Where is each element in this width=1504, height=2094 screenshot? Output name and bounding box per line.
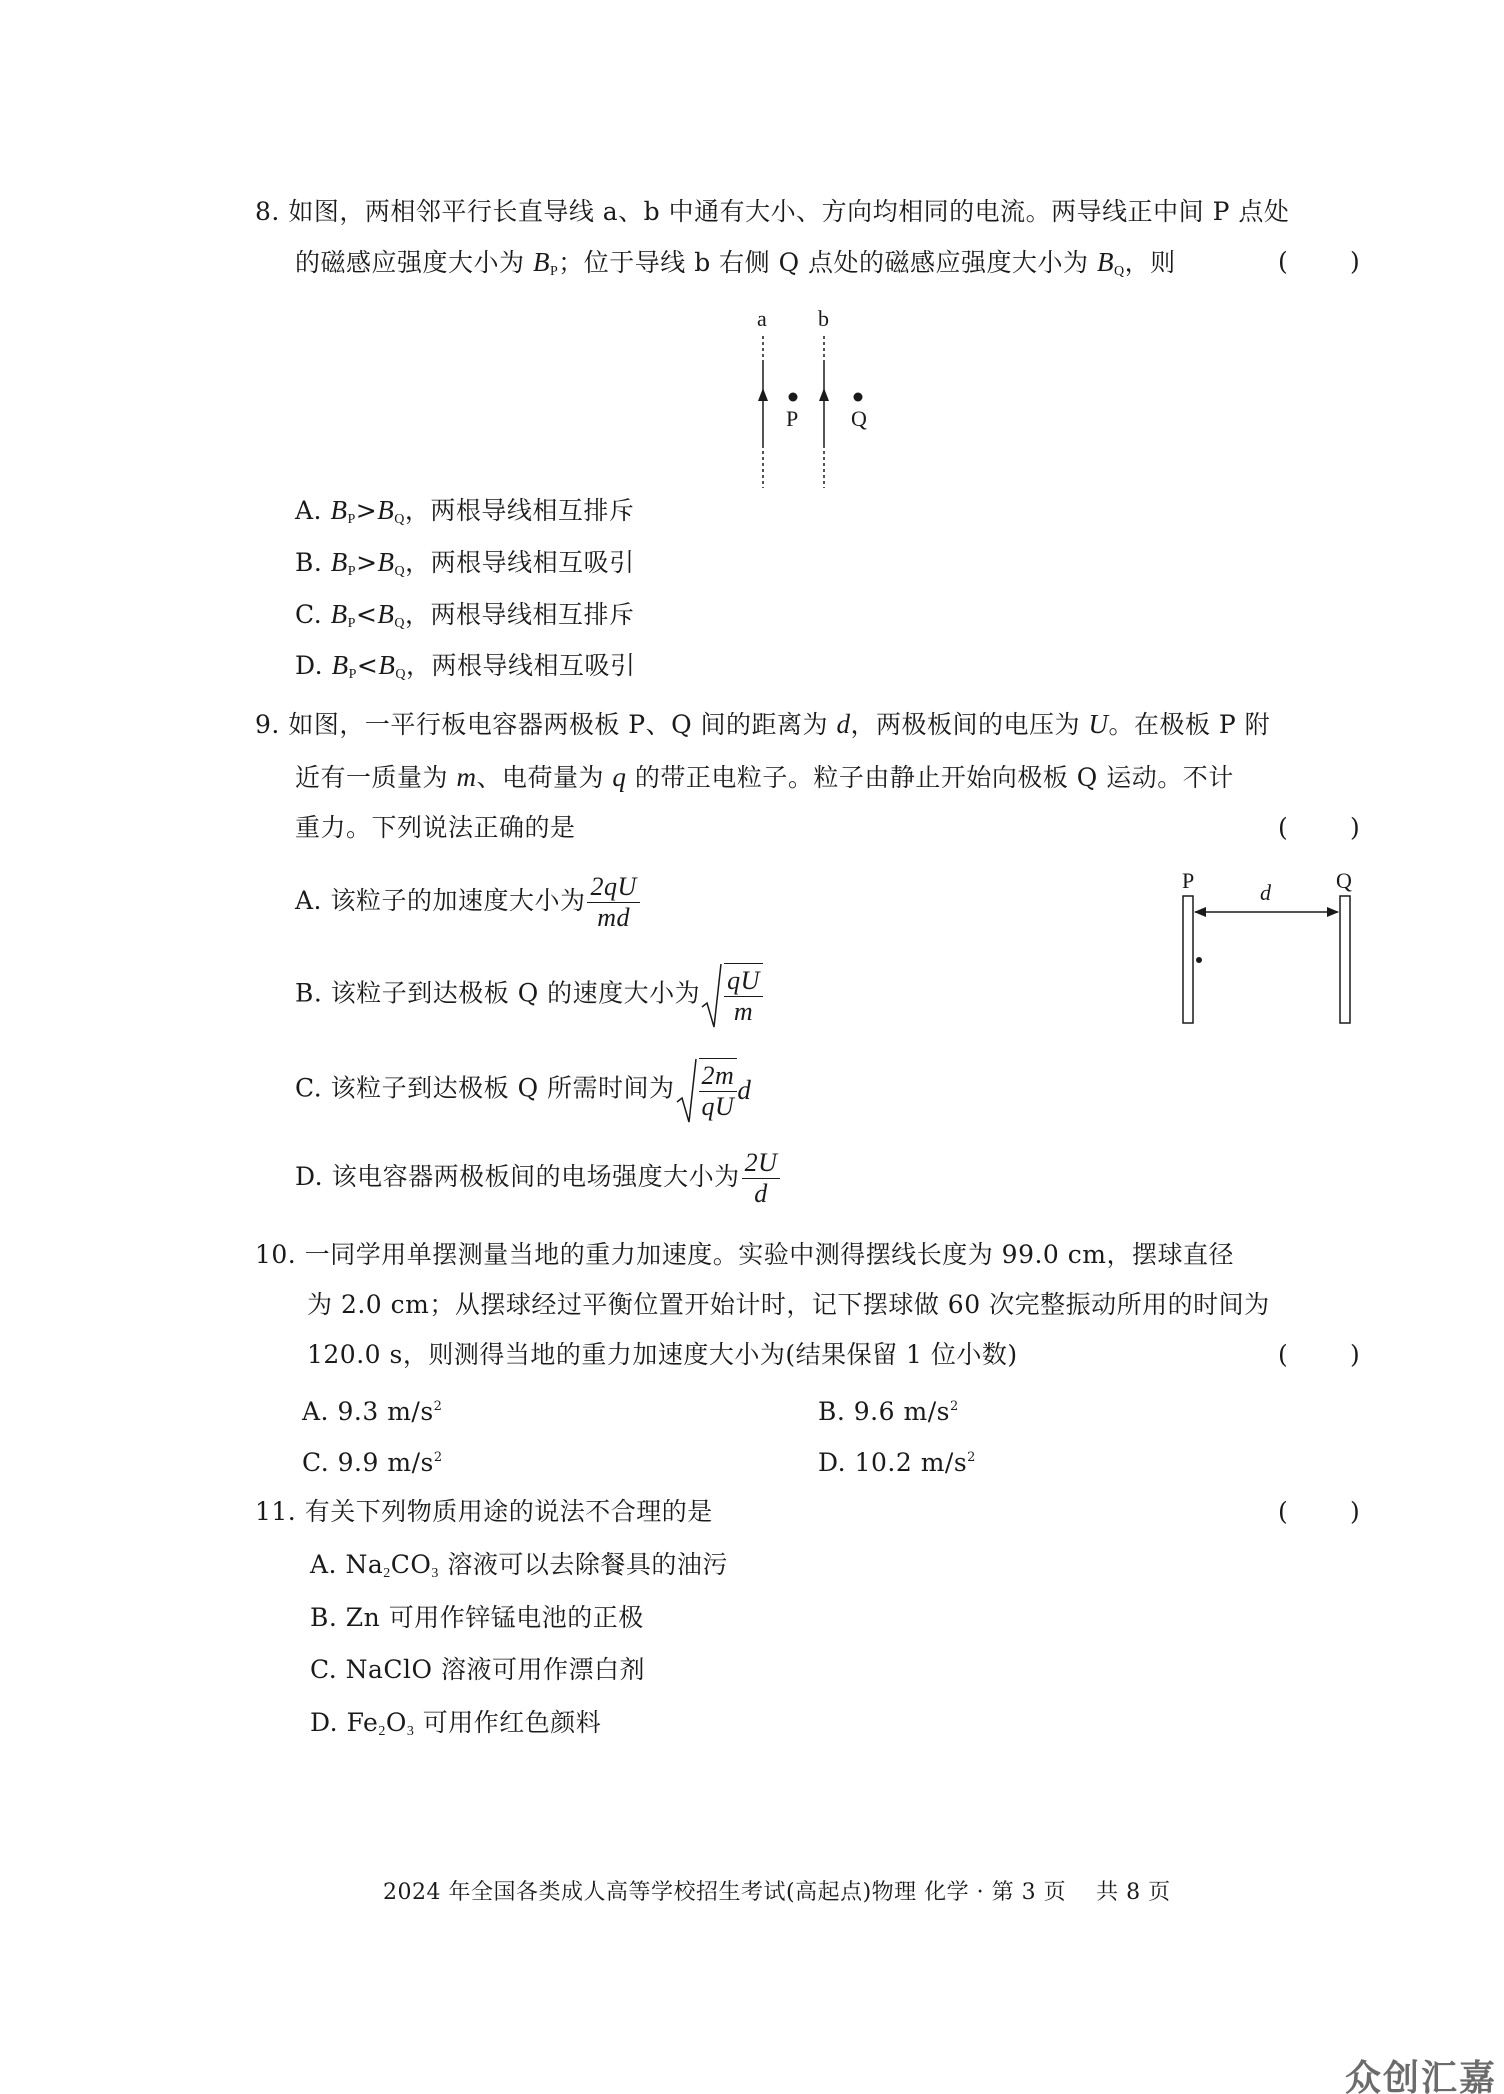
sub-P: P	[349, 667, 357, 682]
q9-text: 。在极板 P 附	[1108, 710, 1270, 739]
option-label: D.	[818, 1448, 846, 1477]
q10-option-c[interactable]: C. 9.9 m/s2	[302, 1442, 443, 1479]
paren-close: )	[1350, 1496, 1360, 1528]
q9-text: ，两极板间的电压为	[850, 710, 1088, 739]
unit: m/s	[921, 1448, 967, 1477]
option-label: D.	[310, 1708, 338, 1737]
plate-Q-label: Q	[1336, 868, 1352, 894]
exponent: 2	[950, 1399, 959, 1414]
paren-open: (	[1278, 812, 1288, 844]
formula-part: Fe	[347, 1708, 379, 1737]
option-label: B.	[310, 1603, 337, 1632]
radical-sign-icon	[675, 1058, 697, 1124]
relation: <	[356, 600, 377, 629]
option-value: 9.3	[337, 1397, 378, 1426]
var-B: B	[331, 547, 348, 577]
sub-Q: Q	[394, 616, 405, 631]
q8-option-d[interactable]: D. BP<BQ，两根导线相互吸引	[295, 649, 635, 691]
option-text: 可用作锌锰电池的正极	[380, 1603, 643, 1632]
q9-stem-line3: 重力。下列说法正确的是	[295, 812, 576, 844]
q8-stem-line1: 8. 如图，两相邻平行长直导线 a、b 中通有大小、方向均相同的电流。两导线正中…	[255, 196, 1289, 228]
formula-part: Na	[345, 1550, 383, 1579]
var-d: d	[836, 709, 850, 739]
watermark-logo: 众创汇嘉	[1345, 2050, 1497, 2094]
paren-open: (	[1278, 246, 1288, 278]
paren-close: )	[1350, 812, 1360, 844]
relation: <	[357, 651, 378, 680]
radical-sign-icon	[700, 963, 722, 1029]
paren-open: (	[1278, 1496, 1288, 1528]
q9-stem-line1: 9. 如图，一平行板电容器两极板 P、Q 间的距离为 d，两极板间的电压为 U。…	[255, 708, 1270, 741]
option-label: B.	[295, 979, 322, 1008]
paren-close: )	[1350, 1339, 1360, 1371]
numerator: 2qU	[587, 872, 639, 903]
sub-Q: Q	[394, 512, 405, 527]
denominator: m	[724, 997, 763, 1027]
option-label: A.	[295, 496, 322, 525]
var-B: B	[378, 547, 395, 577]
option-text: 溶液可用作漂白剂	[433, 1655, 645, 1684]
sub-Q: Q	[395, 564, 406, 579]
exponent: 2	[967, 1450, 976, 1465]
fraction: 2Ud	[742, 1148, 781, 1209]
q9-stem-line2: 近有一质量为 m、电荷量为 q 的带正电粒子。粒子由静止开始向极板 Q 运动。不…	[295, 761, 1234, 794]
q11-option-d[interactable]: D. Fe2O3 可用作红色颜料	[310, 1707, 601, 1748]
option-label: C.	[295, 1074, 322, 1103]
wire-b-label: b	[818, 306, 829, 332]
q10-text: 120.0 s，则测得当地的重力加速度大小为(结果保留 1 位小数)	[307, 1340, 1018, 1369]
formula-part: CO	[391, 1550, 432, 1579]
q9-text: 重力。下列说法正确的是	[295, 813, 576, 842]
q8-text-2b: ；位于导线 b 右侧 Q 点处的磁感应强度大小为	[558, 248, 1097, 277]
option-text: ，两根导线相互排斥	[405, 600, 635, 629]
sub-Q: Q	[395, 667, 406, 682]
option-label: B.	[295, 548, 322, 577]
q9-option-c[interactable]: C. 该粒子到达极板 Q 所需时间为2mqUd	[295, 1058, 751, 1122]
option-text: 该粒子到达极板 Q 所需时间为	[331, 1074, 675, 1103]
plate-P-label: P	[1182, 868, 1194, 894]
sub-P: P	[348, 564, 356, 579]
square-root: qUm	[700, 963, 763, 1027]
q11-option-c[interactable]: C. NaClO 溶液可用作漂白剂	[310, 1654, 645, 1686]
option-text: 可用作红色颜料	[414, 1708, 601, 1737]
q11-stem: 11. 有关下列物质用途的说法不合理的是	[255, 1496, 713, 1528]
q10-stem-line2: 为 2.0 cm；从摆球经过平衡位置开始计时，记下摆球做 60 次完整振动所用的…	[307, 1289, 1270, 1321]
q9-text: 如图，一平行板电容器两极板 P、Q 间的距离为	[288, 710, 836, 739]
var-U: U	[1088, 709, 1108, 739]
q9-option-d[interactable]: D. 该电容器两极板间的电场强度大小为2Ud	[295, 1148, 780, 1209]
question-number: 11.	[255, 1497, 296, 1526]
formula-subscript: 2	[378, 1724, 386, 1739]
q9-figure-capacitor: P Q d	[1170, 862, 1370, 1032]
q9-text: 的带正电粒子。粒子由静止开始向极板 Q 运动。不计	[626, 763, 1233, 792]
question-number: 8.	[255, 197, 280, 226]
formula-part: NaClO	[346, 1655, 433, 1684]
option-text: ，两根导线相互排斥	[405, 496, 635, 525]
point-P-label: P	[786, 406, 798, 432]
fraction: 2mqU	[699, 1058, 738, 1122]
q9-text: 、电荷量为	[476, 763, 612, 792]
option-text: 该电容器两极板间的电场强度大小为	[332, 1162, 740, 1191]
q8-option-a[interactable]: A. BP>BQ，两根导线相互排斥	[295, 494, 634, 536]
q10-stem-line1: 10. 一同学用单摆测量当地的重力加速度。实验中测得摆线长度为 99.0 cm，…	[255, 1239, 1234, 1271]
q8-text-1: 如图，两相邻平行长直导线 a、b 中通有大小、方向均相同的电流。两导线正中间 P…	[288, 197, 1289, 226]
var-B: B	[332, 650, 349, 680]
exponent: 2	[434, 1450, 443, 1465]
denominator: md	[587, 903, 639, 933]
formula-part: O	[386, 1708, 407, 1737]
option-text: ，两根导线相互吸引	[405, 548, 635, 577]
option-label: D.	[295, 651, 323, 680]
paren-open: (	[1278, 1339, 1288, 1371]
q8-text-2a: 的磁感应强度大小为	[295, 248, 533, 277]
option-label: B.	[818, 1397, 845, 1426]
denominator: d	[742, 1179, 781, 1209]
wire-a-label: a	[757, 306, 767, 332]
formula-subscript: 2	[383, 1566, 391, 1581]
option-label: A.	[302, 1397, 329, 1426]
var-B: B	[1097, 247, 1114, 277]
q10-text: 一同学用单摆测量当地的重力加速度。实验中测得摆线长度为 99.0 cm，摆球直径	[305, 1240, 1234, 1269]
square-root: 2mqU	[675, 1058, 738, 1122]
unit: m/s	[904, 1397, 950, 1426]
q9-text: 近有一质量为	[295, 763, 456, 792]
numerator: qU	[724, 966, 763, 997]
option-label: C.	[295, 600, 322, 629]
var-B: B	[377, 495, 394, 525]
formula-subscript: 3	[431, 1566, 439, 1581]
sub-P: P	[348, 616, 356, 631]
formula-part: Zn	[346, 1603, 380, 1632]
numerator: 2U	[742, 1148, 781, 1179]
q11-option-a[interactable]: A. Na2CO3 溶液可以去除餐具的油污	[310, 1549, 728, 1590]
q10-text: 为 2.0 cm；从摆球经过平衡位置开始计时，记下摆球做 60 次完整振动所用的…	[307, 1290, 1270, 1319]
question-number: 9.	[255, 710, 280, 739]
numerator: 2m	[699, 1061, 738, 1092]
option-label: C.	[310, 1655, 337, 1684]
option-text: 溶液可以去除餐具的油污	[439, 1550, 728, 1579]
option-value: 10.2	[855, 1448, 913, 1477]
page-footer: 2024 年全国各类成人高等学校招生考试(高起点)物理 化学 · 第 3 页 共…	[383, 1878, 1171, 1908]
sub-Q: Q	[1114, 264, 1125, 279]
q9-option-a[interactable]: A. 该粒子的加速度大小为2qUmd	[295, 872, 640, 933]
sub-P: P	[550, 264, 558, 279]
option-label: A.	[295, 886, 322, 915]
q11-option-b[interactable]: B. Zn 可用作锌锰电池的正极	[310, 1602, 644, 1634]
q11-text: 有关下列物质用途的说法不合理的是	[305, 1497, 713, 1526]
var-B: B	[331, 599, 348, 629]
q10-stem-line3: 120.0 s，则测得当地的重力加速度大小为(结果保留 1 位小数)	[307, 1339, 1018, 1371]
question-number: 10.	[255, 1240, 296, 1269]
q8-option-c[interactable]: C. BP<BQ，两根导线相互排斥	[295, 598, 635, 640]
fraction: qUm	[724, 963, 763, 1027]
option-value: 9.9	[338, 1448, 379, 1477]
unit: m/s	[387, 1448, 433, 1477]
q10-option-a[interactable]: A. 9.3 m/s2	[302, 1391, 442, 1428]
option-text: 该粒子的加速度大小为	[330, 886, 585, 915]
exponent: 2	[434, 1399, 443, 1414]
var-B: B	[533, 247, 550, 277]
tail-var: d	[737, 1075, 751, 1105]
unit: m/s	[387, 1397, 433, 1426]
relation: >	[356, 548, 377, 577]
fraction: 2qUmd	[587, 872, 639, 933]
distance-d-label: d	[1260, 880, 1271, 906]
denominator: qU	[699, 1092, 738, 1122]
q9-option-b[interactable]: B. 该粒子到达极板 Q 的速度大小为qUm	[295, 963, 763, 1027]
var-B: B	[377, 599, 394, 629]
var-B: B	[378, 650, 395, 680]
option-text: 该粒子到达极板 Q 的速度大小为	[331, 979, 700, 1008]
q8-stem-line2: 的磁感应强度大小为 BP；位于导线 b 右侧 Q 点处的磁感应强度大小为 BQ，…	[295, 246, 1176, 288]
relation: >	[356, 496, 377, 525]
sub-P: P	[347, 512, 355, 527]
var-m: m	[456, 762, 476, 792]
q10-option-d[interactable]: D. 10.2 m/s2	[818, 1442, 976, 1479]
paren-close: )	[1350, 246, 1360, 278]
option-label: D.	[295, 1162, 323, 1191]
q8-option-b[interactable]: B. BP>BQ，两根导线相互吸引	[295, 546, 635, 588]
var-q: q	[612, 762, 626, 792]
option-value: 9.6	[854, 1397, 895, 1426]
option-label: A.	[310, 1550, 337, 1579]
option-label: C.	[302, 1448, 329, 1477]
wires-diagram-icon	[740, 308, 880, 493]
var-B: B	[330, 495, 347, 525]
option-text: ，两根导线相互吸引	[406, 651, 636, 680]
point-Q-label: Q	[851, 406, 867, 432]
q8-text-2c: ，则	[1125, 248, 1176, 277]
q10-option-b[interactable]: B. 9.6 m/s2	[818, 1391, 959, 1428]
q8-figure-parallel-wires: a b P Q	[740, 308, 880, 493]
